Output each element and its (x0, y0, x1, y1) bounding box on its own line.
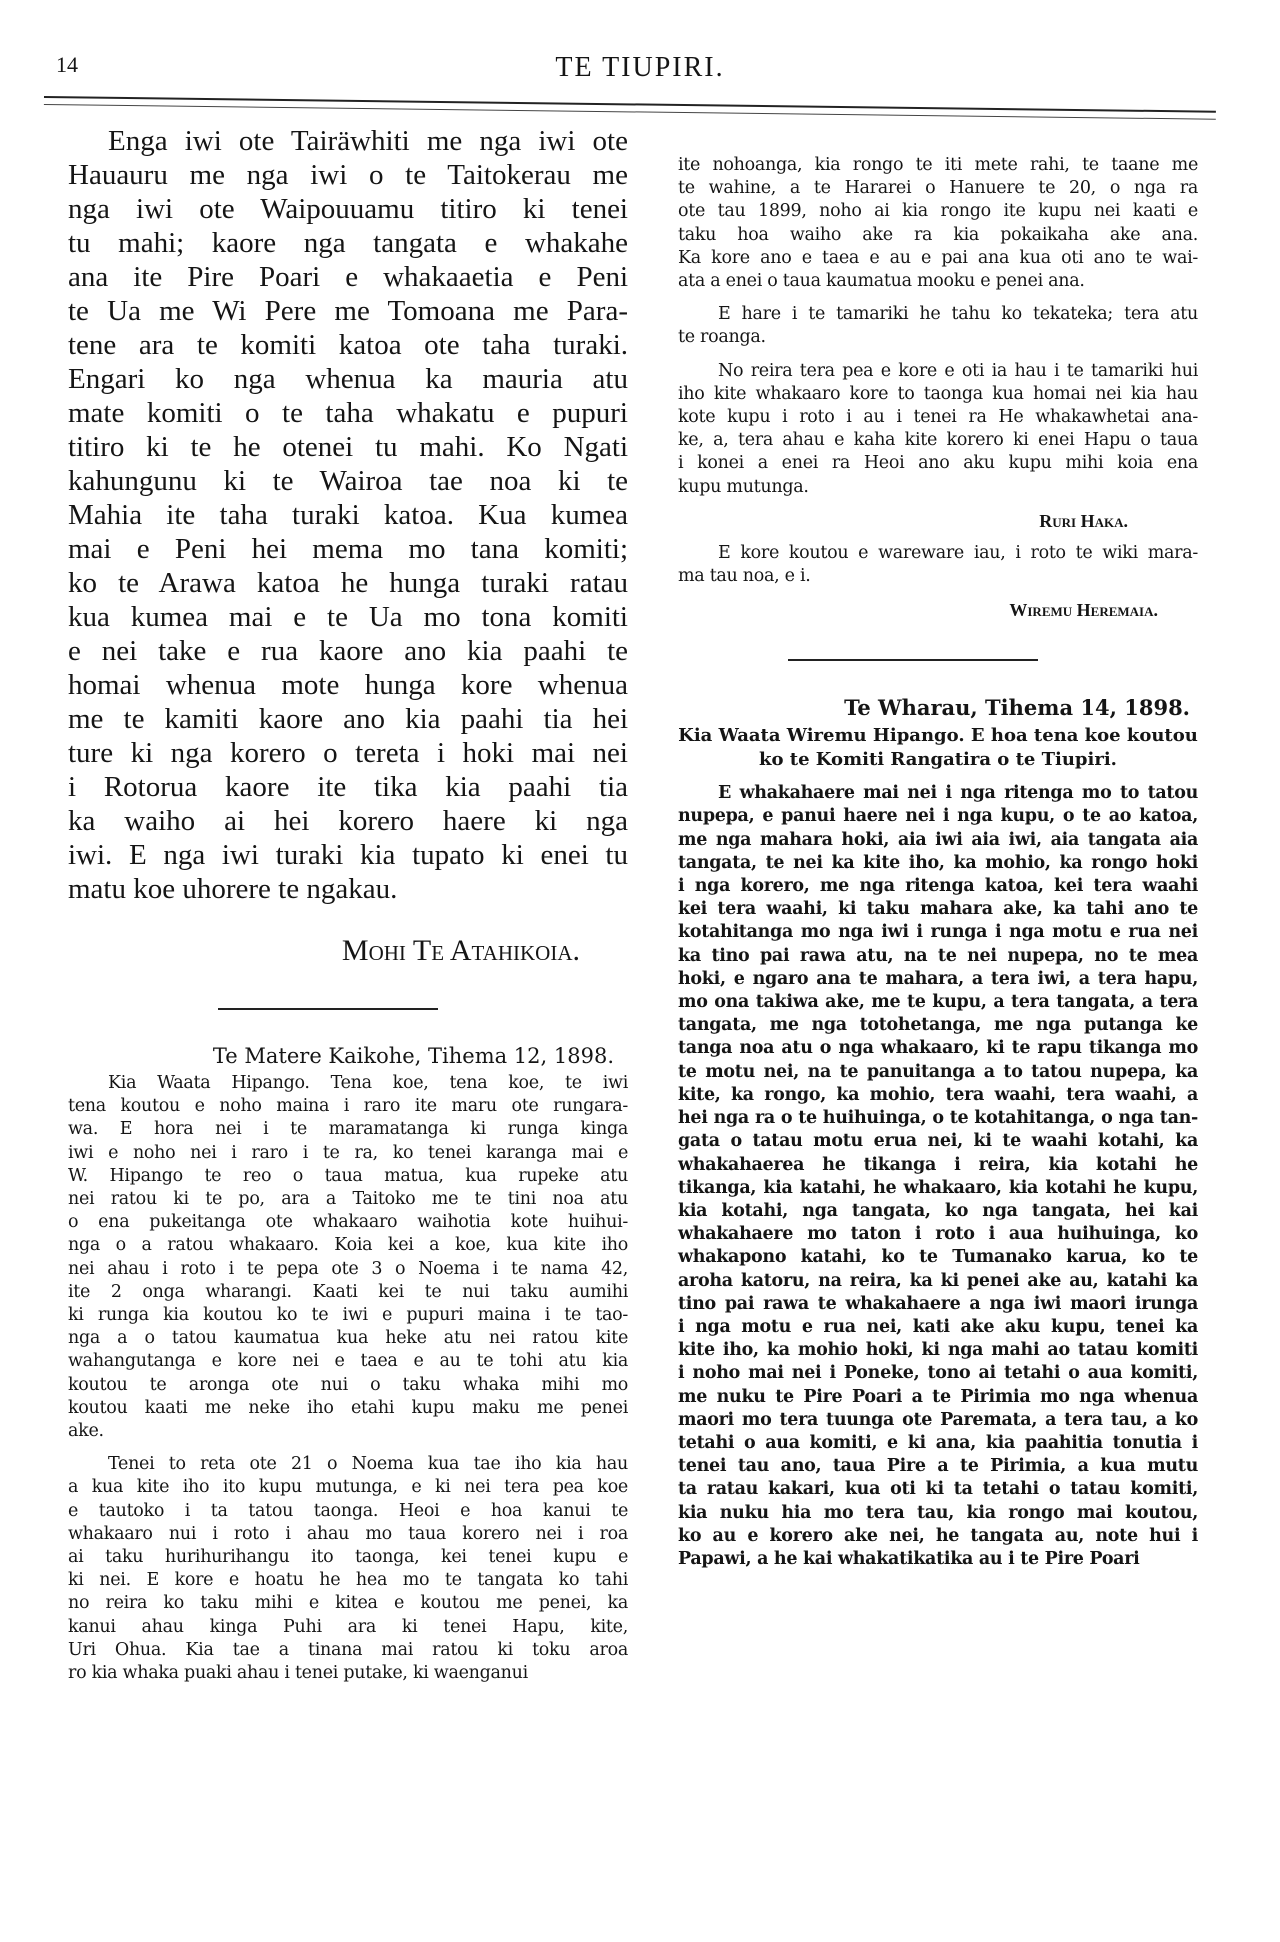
letter-address: Kia Waata Wiremu Hipango. E hoa tena koe… (678, 724, 1198, 772)
page-title: TE TIUPIRI. (0, 52, 1280, 84)
text-line: mai e Peni hei mema mo tana komiti; (68, 532, 628, 566)
text-line: te wahine, a te Hararei o Hanuere te 20,… (678, 177, 1198, 200)
text-line: ko te Arawa katoa he hunga turaki ratau (68, 566, 628, 600)
text-line: kite iho, ka mohio hoki, ki nga mahi ao … (678, 1339, 1198, 1362)
text-line: E hare i te tamariki he tahu ko tekateka… (678, 303, 1198, 326)
text-line: ta ratau kakari, kua oti ki ta tetahi o … (678, 1478, 1198, 1501)
text-line: o ena pukeitanga ote whakaaro waihotia k… (68, 1211, 628, 1234)
text-line: Ka kore ano e taea e au e pai ana kua ot… (678, 247, 1198, 270)
text-line: gata o tatau motu erua nei, ki te waahi … (678, 1130, 1198, 1153)
text-line: tu mahi; kaore nga tangata e whakahe (68, 226, 628, 260)
text-line: taku hoa waiho ake ra kia pokaikaha ake … (678, 224, 1198, 247)
text-line: ko au e korero ake nei, he tangata au, n… (678, 1525, 1198, 1548)
text-line: titiro ki te he otenei tu mahi. Ko Ngati (68, 430, 628, 464)
text-line: me nga mahara hoki, aia iwi aia iwi, aia… (678, 829, 1198, 852)
text-line: a kua kite iho ito kupu mutunga, e ki ne… (68, 1476, 628, 1499)
proverb-text: E hare i te tamariki he tahu ko tekateka… (678, 303, 1198, 349)
right-column: ite nohoanga, kia rongo te iti mete rahi… (678, 154, 1198, 1571)
text-line: me nuku te Pire Poari a te Pirimia mo ng… (678, 1386, 1198, 1409)
text-line: wa. E hora nei i te maramatanga ki runga… (68, 1118, 628, 1141)
text-line: ite nohoanga, kia rongo te iti mete rahi… (678, 154, 1198, 177)
text-line: Tenei to reta ote 21 o Noema kua tae iho… (68, 1453, 628, 1476)
text-line: tangata, me nga totohetanga, me nga puta… (678, 1014, 1198, 1037)
text-line: te Ua me Wi Pere me Tomoana me Para- (68, 294, 628, 328)
text-line: aroha katoru, na reira, ka ki penei ake … (678, 1270, 1198, 1293)
dateline-te-wharau: Te Wharau, Tihema 14, 1898. (678, 695, 1190, 720)
text-line: ata a enei o taua kaumatua mooku e penei… (678, 270, 1198, 293)
text-line: tangata, te nei ka kite iho, ka mohio, k… (678, 852, 1198, 875)
text-line: kia nuku hia mo tera tau, kia rongo mai … (678, 1502, 1198, 1525)
letter-mohi-body: Enga iwi ote Tairäwhiti me nga iwi oteHa… (68, 124, 628, 906)
section-divider (218, 1008, 438, 1010)
text-line: kote kupu i roto i au i tenei ra He whak… (678, 406, 1198, 429)
text-line: nga iwi ote Waipouuamu titiro ki tenei (68, 192, 628, 226)
text-line: Uri Ohua. Kia tae a tinana mai ratou ki … (68, 1639, 628, 1662)
letter-wharau-body: E whakahaere mai nei i nga ritenga mo to… (678, 782, 1198, 1571)
text-line: iho kite whakaaro kore to taonga kua hom… (678, 383, 1198, 406)
text-line: kei tera waahi, ki taku mahara ake, ka t… (678, 898, 1198, 921)
text-line: e tautoko i ta tatou taonga. Heoi e hoa … (68, 1500, 628, 1523)
text-line: me te kamiti kaore ano kia paahi tia hei (68, 702, 628, 736)
address-line: Kia Waata Wiremu Hipango. E hoa tena koe… (678, 724, 1198, 748)
text-line: kahungunu ki te Wairoa tae noa ki te (68, 464, 628, 498)
postscript-text: E kore koutou e wareware iau, i roto te … (678, 542, 1198, 588)
letter-kaikohe-para1: Kia Waata Hipango. Tena koe, tena koe, t… (68, 1072, 628, 1443)
text-line: ote tau 1899, noho ai kia rongo ite kupu… (678, 200, 1198, 223)
text-line: Engari ko nga whenua ka mauria atu (68, 362, 628, 396)
dateline-te-matere: Te Matere Kaikohe, Tihema 12, 1898. (68, 1044, 614, 1068)
text-line: i nga motu e rua nei, kati ake aku kupu,… (678, 1316, 1198, 1339)
text-line: ana ite Pire Poari e whakaaetia e Peni (68, 260, 628, 294)
text-line: tino pai rawa te whakahaere a nga iwi ma… (678, 1293, 1198, 1316)
text-line: i nga korero, me nga ritenga katoa, kei … (678, 875, 1198, 898)
text-line: i konei a enei ra Heoi ano aku kupu mihi… (678, 452, 1198, 475)
text-line: Mahia ite taha turaki katoa. Kua kumea (68, 498, 628, 532)
closing-text: No reira tera pea e kore e oti ia hau i … (678, 360, 1198, 499)
text-line: ke, a, tera ahau e kaha kite korero ki e… (678, 429, 1198, 452)
text-line: kia kotahi, nga tangata, ko nga tangata,… (678, 1200, 1198, 1223)
text-line: tene ara te komiti katoa ote taha turaki… (68, 328, 628, 362)
continued-letter-text: ite nohoanga, kia rongo te iti mete rahi… (678, 154, 1198, 293)
text-line: te motu nei, na te panuitanga a to tatou… (678, 1061, 1198, 1084)
text-line: te roanga. (678, 326, 1198, 349)
text-line: whakaaro nui i roto i ahau mo taua korer… (68, 1523, 628, 1546)
text-line: kanui ahau kinga Puhi ara ki tenei Hapu,… (68, 1616, 628, 1639)
text-line: ake. (68, 1420, 628, 1443)
text-line: ki nei. E kore e hoatu he hea mo te tang… (68, 1569, 628, 1592)
text-line: No reira tera pea e kore e oti ia hau i … (678, 360, 1198, 383)
signature-ruri-haka: Ruri Haka. (678, 511, 1128, 532)
text-line: kotahitanga mo nga iwi i runga i nga mot… (678, 921, 1198, 944)
text-line: mate komiti o te taha whakatu e pupuri (68, 396, 628, 430)
text-line: E whakahaere mai nei i nga ritenga mo to… (678, 782, 1198, 805)
text-line: ka tino pai rawa atu, na te nei nupepa, … (678, 945, 1198, 968)
signature-mohi-te-atahikoia: Mohi Te Atahikoia. (68, 934, 580, 968)
text-line: whakahaerea he tikanga i reira, kia kota… (678, 1154, 1198, 1177)
text-line: Kia Waata Hipango. Tena koe, tena koe, t… (68, 1072, 628, 1095)
text-line: i noho mai nei i Poneke, tono ai tetahi … (678, 1362, 1198, 1385)
text-line: tetahi o aua komiti, e ki ana, kia paahi… (678, 1432, 1198, 1455)
left-column: Enga iwi ote Tairäwhiti me nga iwi oteHa… (68, 124, 628, 1685)
letter-kaikohe-para2: Tenei to reta ote 21 o Noema kua tae iho… (68, 1453, 628, 1685)
text-line: homai whenua mote hunga kore whenua (68, 668, 628, 702)
signature-wiremu-heremaia: Wiremu Heremaia. (678, 600, 1158, 621)
text-line: koutou kaati me neke iho etahi kupu maku… (68, 1397, 628, 1420)
text-line: nga a o tatou kaumatua kua heke atu nei … (68, 1327, 628, 1350)
text-line: ka waiho ai hei korero haere ki nga (68, 804, 628, 838)
text-line: mo ona takiwa ake, me te kupu, a tera ta… (678, 991, 1198, 1014)
text-line: whakapono katahi, ko te Tumanako karua, … (678, 1246, 1198, 1269)
text-line: E kore koutou e wareware iau, i roto te … (678, 542, 1198, 565)
text-line: tena koutou e noho maina i raro ite maru… (68, 1095, 628, 1118)
section-divider (788, 659, 1038, 661)
text-line: wahangutanga e kore nei e taea e au te t… (68, 1350, 628, 1373)
text-line: maori mo tera tuunga ote Paremata, a ter… (678, 1409, 1198, 1432)
text-line: tanga noa atu o nga whakaaro, ki te rapu… (678, 1037, 1198, 1060)
text-line: iwi e noho nei i raro i te ra, ko tenei … (68, 1142, 628, 1165)
text-line: ite 2 onga wharangi. Kaati kei te nui ta… (68, 1281, 628, 1304)
text-line: Enga iwi ote Tairäwhiti me nga iwi ote (68, 124, 628, 158)
text-line: tikanga, kia katahi, he whakaaro, kia ko… (678, 1177, 1198, 1200)
text-line: koutou te aronga ote nui o taku whaka mi… (68, 1374, 628, 1397)
text-line: W. Hipango te reo o taua matua, kua rupe… (68, 1165, 628, 1188)
text-line: hoki, e ngaro ana te mahara, a tera iwi,… (678, 968, 1198, 991)
text-line: nei ratou ki te po, ara a Taitoko me te … (68, 1188, 628, 1211)
text-line: nga o a ratou whakaaro. Koia kei a koe, … (68, 1234, 628, 1257)
text-line: i Rotorua kaore ite tika kia paahi tia (68, 770, 628, 804)
text-line: kite, ka rongo, ka mohio, tera waahi, te… (678, 1084, 1198, 1107)
text-line: kupu mutunga. (678, 476, 1198, 499)
text-line: ture ki nga korero o tereta i hoki mai n… (68, 736, 628, 770)
text-line: iwi. E nga iwi turaki kia tupato ki enei… (68, 838, 628, 872)
text-line: hei nga ra o te huihuinga, o te kotahita… (678, 1107, 1198, 1130)
address-line: ko te Komiti Rangatira o te Tiupiri. (678, 748, 1198, 772)
text-line: ma tau noa, e i. (678, 565, 1198, 588)
text-line: kua kumea mai e te Ua mo tona komiti (68, 600, 628, 634)
text-line: Hauauru me nga iwi o te Taitokerau me (68, 158, 628, 192)
text-line: ki runga kia koutou ko te iwi e pupuri m… (68, 1304, 628, 1327)
text-line: matu koe uhorere te ngakau. (68, 872, 628, 906)
text-line: Papawi, a he kai whakatikatika au i te P… (678, 1548, 1198, 1571)
text-line: nei ahau i roto i te pepa ote 3 o Noema … (68, 1258, 628, 1281)
text-line: whakahaere mo taton i roto i aua huihuin… (678, 1223, 1198, 1246)
text-line: e nei take e rua kaore ano kia paahi te (68, 634, 628, 668)
text-line: ro kia whaka puaki ahau i tenei putake, … (68, 1662, 628, 1685)
text-line: no reira ko taku mihi e kitea e koutou m… (68, 1592, 628, 1615)
header-rule (44, 96, 1216, 120)
text-line: nupepa, e panui haere nei i nga kupu, o … (678, 805, 1198, 828)
text-line: ai taku hurihurihangu ito taonga, kei te… (68, 1546, 628, 1569)
text-line: tenei tau ano, taua Pire a te Pirimia, a… (678, 1455, 1198, 1478)
